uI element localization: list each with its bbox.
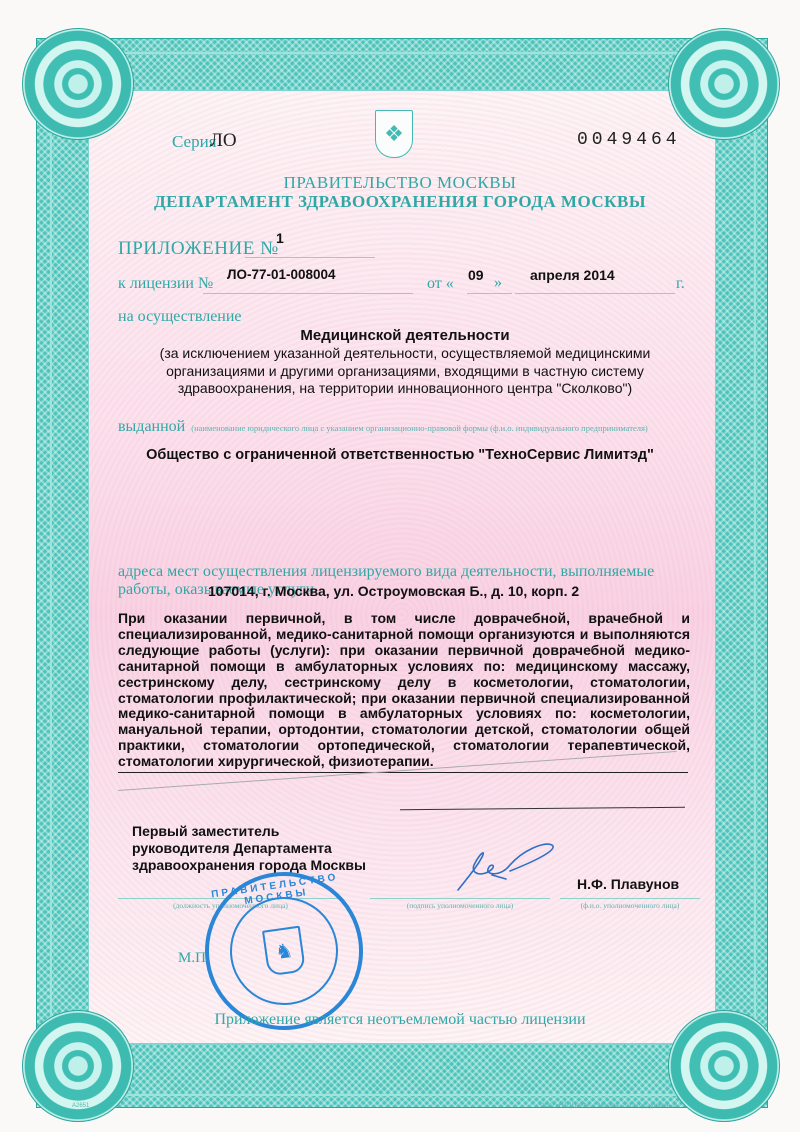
date-month-year: апреля 2014 bbox=[530, 267, 615, 283]
separator-line bbox=[118, 772, 688, 773]
appendix-number-line bbox=[245, 257, 375, 258]
footer-note: Приложение является неотъемлемой частью … bbox=[0, 1011, 800, 1029]
date-close-quote: » bbox=[494, 274, 502, 292]
signature-line bbox=[370, 898, 550, 899]
moscow-coat-of-arms-icon: ♞ bbox=[262, 926, 306, 977]
name-line bbox=[560, 898, 700, 899]
year-suffix: г. bbox=[676, 275, 685, 293]
date-day-line bbox=[467, 293, 512, 294]
serial-number: 0049464 bbox=[577, 130, 681, 150]
license-label: к лицензии № bbox=[118, 275, 213, 293]
issued-row: выданной(наименование юридического лица … bbox=[118, 418, 648, 436]
government-title: ПРАВИТЕЛЬСТВО МОСКВЫ bbox=[0, 173, 800, 193]
activity-block: Медицинской деятельности (за исключением… bbox=[110, 327, 700, 398]
series-value: ЛО bbox=[210, 130, 237, 152]
date-from-label: от « bbox=[427, 275, 454, 293]
print-code: A2651 bbox=[72, 1103, 89, 1109]
appendix-number: 1 bbox=[276, 230, 284, 246]
purpose-label: на осуществление bbox=[118, 308, 242, 326]
coat-of-arms-icon: ❖ bbox=[375, 110, 413, 158]
date-day: 09 bbox=[468, 267, 484, 283]
issued-hint: (наименование юридического лица с указан… bbox=[191, 423, 648, 433]
rosette-icon bbox=[22, 28, 134, 140]
organization-name: Общество с ограниченной ответственностью… bbox=[0, 447, 800, 463]
rosette-icon bbox=[668, 28, 780, 140]
license-appendix-document: Серия ЛО ❖ 0049464 ПРАВИТЕЛЬСТВО МОСКВЫ … bbox=[0, 0, 800, 1132]
handwritten-signature-icon bbox=[440, 835, 560, 895]
signer-position: Первый заместитель руководителя Департам… bbox=[132, 823, 372, 874]
signature-hint: (подпись уполномоченного лица) bbox=[370, 901, 550, 910]
works-services-text: При оказании первичной, в том числе довр… bbox=[118, 611, 690, 770]
stamp-inner-ring: ♞ bbox=[223, 890, 345, 1012]
issued-label: выданной bbox=[118, 418, 185, 435]
department-title: ДЕПАРТАМЕНТ ЗДРАВООХРАНЕНИЯ ГОРОДА МОСКВ… bbox=[0, 192, 800, 212]
signer-name: Н.Ф. Плавунов bbox=[577, 876, 679, 892]
license-number: ЛО-77-01-008004 bbox=[227, 267, 336, 282]
activity-description: (за исключением указанной деятельности, … bbox=[110, 345, 700, 398]
name-hint: (ф.и.о. уполномоченного лица) bbox=[560, 901, 700, 910]
address-value: 107014, г. Москва, ул. Остроумовская Б.,… bbox=[208, 583, 579, 599]
date-month-line bbox=[515, 293, 675, 294]
activity-title: Медицинской деятельности bbox=[110, 327, 700, 345]
printer-info: ООО «НТЦГРАФ», г. Москва, 2013 год, уров… bbox=[540, 1103, 677, 1109]
license-number-line bbox=[203, 293, 413, 294]
